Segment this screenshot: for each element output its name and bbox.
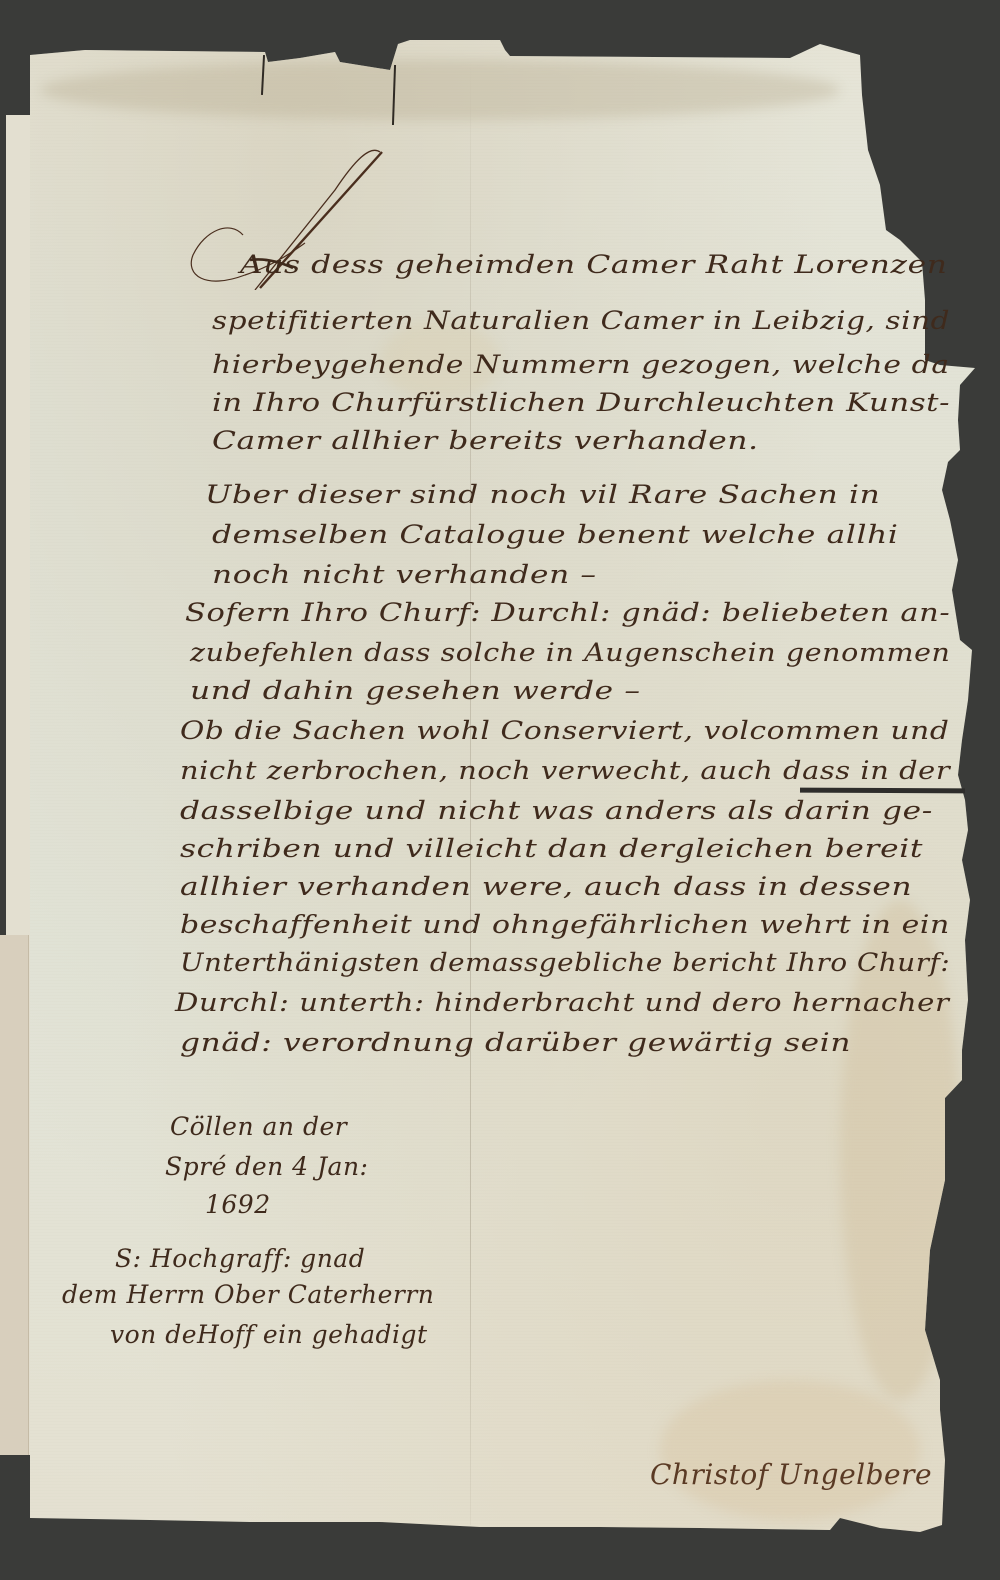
body-line: Uber dieser sind noch vil Rare Sachen in <box>205 482 880 507</box>
document-scan: Aus dess geheimden Camer Raht Lorenzen s… <box>0 0 1000 1580</box>
body-line: spetifitierten Naturalien Camer in Leibz… <box>212 308 950 333</box>
body-line: nicht zerbrochen, noch verwecht, auch da… <box>180 758 950 783</box>
addressee-line: von deHoff ein gehadigt <box>110 1320 428 1349</box>
body-line: hierbeygehende Nummern gezogen, welche d… <box>212 352 950 377</box>
year: 1692 <box>205 1190 271 1219</box>
body-line: Unterthänigsten demassgebliche bericht I… <box>180 950 950 975</box>
top-edge-stain <box>40 60 840 120</box>
body-line: gnäd: verordnung darüber gewärtig sein <box>180 1030 851 1055</box>
body-line: schriben und villeicht dan dergleichen b… <box>180 836 923 861</box>
date-line: Spré den 4 Jan: <box>165 1152 368 1181</box>
body-line: Ob die Sachen wohl Conserviert, volcomme… <box>180 718 949 743</box>
body-line: Camer allhier bereits verhanden. <box>212 428 759 453</box>
body-line: Durchl: unterth: hinderbracht und dero h… <box>175 990 950 1015</box>
body-line: demselben Catalogue benent welche allhi <box>212 522 898 547</box>
body-line: allhier verhanden were, auch dass in des… <box>180 874 912 899</box>
body-line: dasselbige und nicht was anders als dari… <box>180 798 933 823</box>
body-line: Aus dess geheimden Camer Raht Lorenzen <box>240 252 947 277</box>
torn-gap <box>800 788 965 794</box>
paper-stain <box>660 1380 920 1520</box>
body-line: noch nicht verhanden – <box>212 562 597 587</box>
body-line: in Ihro Churfürstlichen Durchleuchten Ku… <box>212 390 950 415</box>
addressee-line: dem Herrn Ober Caterherrn <box>62 1280 434 1309</box>
place-line: Cöllen an der <box>170 1112 347 1141</box>
body-line: beschaffenheit und ohngefährlichen wehrt… <box>180 912 950 937</box>
body-line: und dahin gesehen werde – <box>190 678 641 703</box>
paper-fold-line <box>470 60 471 1525</box>
body-line: zubefehlen dass solche in Augenschein ge… <box>190 640 950 665</box>
signature: Christof Ungelbere <box>650 1458 932 1491</box>
body-line: Sofern Ihro Churf: Durchl: gnäd: beliebe… <box>185 600 950 625</box>
underlying-sheet-lower <box>0 935 29 1455</box>
addressee-line: S: Hochgraff: gnad <box>115 1244 365 1273</box>
